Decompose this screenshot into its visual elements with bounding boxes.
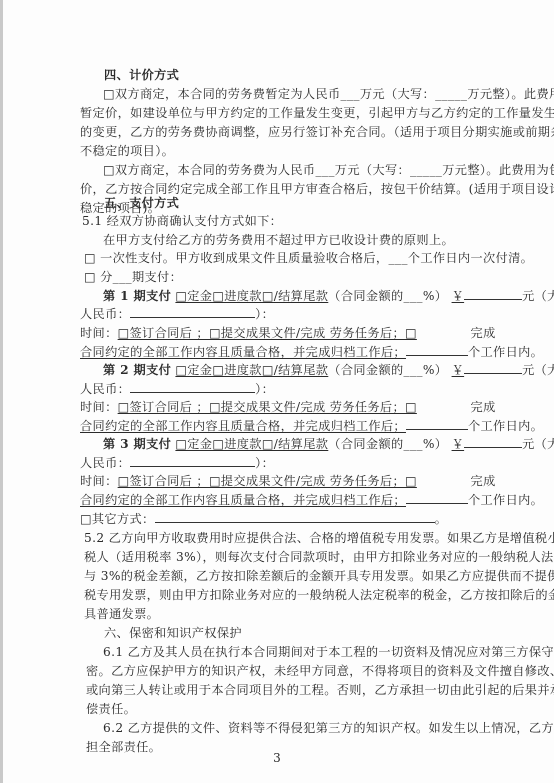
- rmb-blank[interactable]: [130, 380, 255, 393]
- payment-label: 第 3 期支付: [103, 437, 171, 451]
- amount-field[interactable]: ￥: [452, 363, 465, 377]
- payment-2-condition: 合同约定的全部工作内容且质量合格，并完成归档工作后；个工作日内。: [80, 417, 500, 436]
- payment-3-row: 第 3 期支付 □定金□进度款□/结算尾款（合同金额的___%） ￥元（大写: [103, 435, 523, 454]
- ratio-text: （合同金额的___%）: [328, 289, 447, 303]
- paragraph-line: 具普通发票。: [84, 605, 504, 624]
- amount-field[interactable]: ￥: [452, 437, 465, 451]
- time-options[interactable]: □签订合同后 ；□提交成果文件/完成 劳务任务后；□完成: [118, 472, 496, 491]
- payment-principle: 在甲方支付给乙方的劳务费用不超过甲方已收设计费的原则上。: [103, 231, 523, 250]
- lump-sum-option[interactable]: □ 一次性支付。甲方收到成果文件且质量验收合格后，___个工作日内一次付清。: [84, 249, 504, 268]
- time-label: 时间：: [80, 326, 118, 340]
- amount-blank[interactable]: [464, 435, 522, 448]
- paragraph-line: 不稳定的项目）。: [80, 142, 500, 161]
- days-blank[interactable]: [406, 417, 468, 430]
- paragraph-line: □双方商定，本合同的劳务费暂定为人民币___万元（大写：_____万元整）。此费…: [103, 85, 523, 104]
- days-blank[interactable]: [406, 491, 468, 504]
- time-label: 时间：: [80, 400, 118, 414]
- days-text: 个工作日内。: [468, 345, 543, 359]
- ratio-text: （合同金额的___%）: [328, 363, 447, 377]
- yuan-text: 元（大写: [522, 437, 554, 451]
- rmb-label: 人民币：: [80, 382, 130, 396]
- yuan-text: 元（大写: [522, 363, 554, 377]
- rmb-label: 人民币：: [80, 307, 130, 321]
- payment-1-row: 第 1 期支付 □定金□进度款□/结算尾款（合同金额的___%） ￥元（大写: [103, 287, 523, 306]
- condition-text: 合同约定的全部工作内容且质量合格，并完成归档工作后；: [80, 493, 406, 507]
- days-text: 个工作日内。: [468, 493, 543, 507]
- payment-type-checkboxes[interactable]: □定金□进度款□/结算尾款: [175, 289, 328, 303]
- paragraph-line: 暂定价，如建设单位与甲方约定的工作量发生变更，引起甲方与乙方约定的工作量发生相应: [80, 104, 500, 123]
- rmb-end: ）：: [255, 456, 274, 470]
- days-blank[interactable]: [406, 343, 468, 356]
- document-page: 四、计价方式 □双方商定，本合同的劳务费暂定为人民币___万元（大写：_____…: [0, 0, 554, 783]
- section-heading-confidentiality: 六、保密和知识产权保护: [104, 624, 524, 643]
- payment-type-checkboxes[interactable]: □定金□进度款□/结算尾款: [175, 363, 328, 377]
- yuan-text: 元（大写: [522, 289, 554, 303]
- time-options[interactable]: □签订合同后 ；□提交成果文件/完成 劳务任务后；□完成: [118, 324, 496, 343]
- paragraph-line: 密。乙方应保护甲方的知识产权，未经甲方同意，不得将项目的资料及文件擅自修改、复制: [86, 662, 506, 681]
- paragraph-line: 税人（适用税率 3%），则每次支付合同款项时，由甲方扣除业务对应的一般纳税人法定…: [84, 548, 504, 567]
- payment-3-condition: 合同约定的全部工作内容且质量合格，并完成归档工作后；个工作日内。: [80, 491, 500, 510]
- paragraph-line: 5.2 乙方向甲方收取费用时应提供合法、合格的增值税专用发票。如果乙方是增值税小…: [84, 529, 504, 548]
- section-heading-pricing: 四、计价方式: [104, 66, 524, 85]
- payment-3-rmb: 人民币：）：: [80, 454, 500, 473]
- amount-field[interactable]: ￥: [452, 289, 465, 303]
- payment-2-time: 时间：□签订合同后 ；□提交成果文件/完成 劳务任务后；□完成: [80, 398, 500, 417]
- payment-label: 第 2 期支付: [103, 363, 171, 377]
- other-method-blank[interactable]: [155, 510, 435, 523]
- payment-2-row: 第 2 期支付 □定金□进度款□/结算尾款（合同金额的___%） ￥元（大写: [103, 361, 523, 380]
- rmb-label: 人民币：: [80, 456, 130, 470]
- days-text: 个工作日内。: [468, 419, 543, 433]
- paragraph-line: 偿责任。: [86, 700, 506, 719]
- paragraph-line: 或向第三人转让或用于本合同项目外的工程。否则，乙方承担一切由此引起的后果并承担赔: [86, 681, 506, 700]
- time-label: 时间：: [80, 474, 118, 488]
- other-method: □其它方式：。: [80, 510, 500, 529]
- payment-2-rmb: 人民币：）：: [80, 380, 500, 399]
- rmb-end: ）：: [255, 382, 274, 396]
- paragraph-line: 与 3%的税金差额，乙方按扣除差额后的金额开具专用发票。如果乙方应提供而不提供增…: [84, 567, 504, 586]
- payment-1-rmb: 人民币：）：: [80, 305, 500, 324]
- payment-label: 第 1 期支付: [103, 289, 171, 303]
- ratio-text: （合同金额的___%）: [328, 437, 447, 451]
- paragraph-line: 6.2 乙方提供的文件、资料等不得侵犯第三方的知识产权。如发生以上情况，乙方应承: [103, 719, 523, 738]
- period: 。: [435, 512, 448, 526]
- condition-text: 合同约定的全部工作内容且质量合格，并完成归档工作后；: [80, 345, 406, 359]
- rmb-blank[interactable]: [130, 305, 255, 318]
- paragraph-line: 6.1 乙方及其人员在执行本合同期间对于本工程的一切资料及情况应对第三方保守秘: [103, 643, 523, 662]
- rmb-blank[interactable]: [130, 454, 255, 467]
- rmb-end: ）：: [255, 307, 274, 321]
- payment-1-time: 时间：□签订合同后 ；□提交成果文件/完成 劳务任务后；□完成: [80, 324, 500, 343]
- page-number: 3: [0, 751, 554, 765]
- payment-3-time: 时间：□签订合同后 ；□提交成果文件/完成 劳务任务后；□完成: [80, 472, 500, 491]
- payment-type-checkboxes[interactable]: □定金□进度款□/结算尾款: [175, 437, 328, 451]
- section-heading-payment: 五、支付方式: [104, 194, 524, 213]
- paragraph-line: 税专用发票，则由甲方扣除业务对应的一般纳税人法定税率的税金，乙方按扣除后的金额开: [84, 586, 504, 605]
- paragraph-line: 的变更，乙方的劳务费协商调整，应另行签订补充合同。（适用于项目分期实施或前期条件: [80, 123, 500, 142]
- payment-1-condition: 合同约定的全部工作内容且质量合格，并完成归档工作后；个工作日内。: [80, 343, 500, 362]
- installment-option[interactable]: □ 分___期支付：: [84, 268, 504, 287]
- condition-text: 合同约定的全部工作内容且质量合格，并完成归档工作后；: [80, 419, 406, 433]
- amount-blank[interactable]: [464, 287, 522, 300]
- time-options[interactable]: □签订合同后 ；□提交成果文件/完成 劳务任务后；□完成: [118, 398, 496, 417]
- clause-5-1: 5.1 经双方协商确认支付方式如下：: [82, 212, 502, 231]
- amount-blank[interactable]: [464, 361, 522, 374]
- paragraph-line: □双方商定，本合同的劳务费为人民币___万元（大写：_____万元整）。此费用为…: [103, 161, 523, 180]
- other-method-checkbox[interactable]: □其它方式：: [80, 512, 155, 526]
